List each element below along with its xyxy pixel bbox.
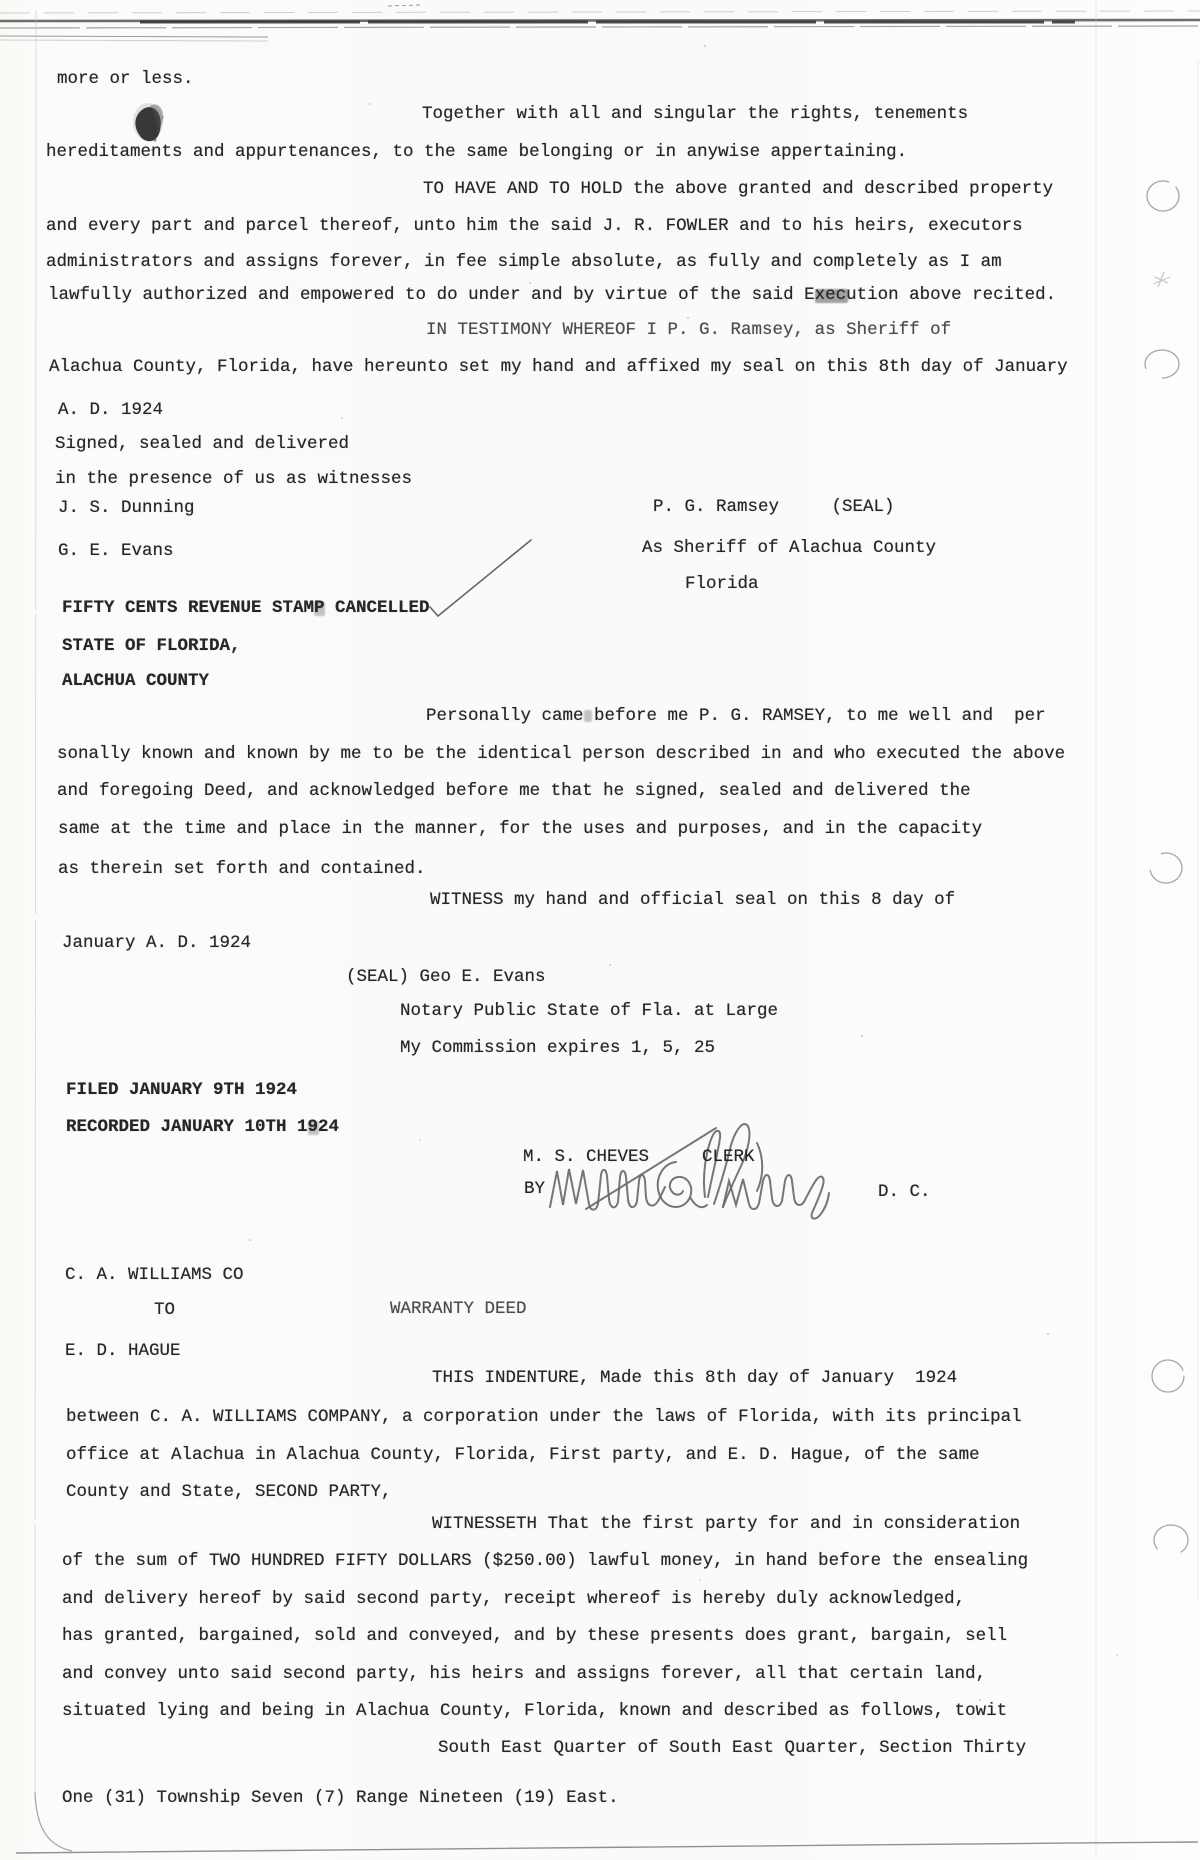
typewritten-line: Notary Public State of Fla. at Large [400,1003,778,1020]
noise-dot [529,282,531,284]
typewritten-line: Florida [685,576,759,593]
cancel-checkmark [430,540,531,616]
noise-dot [519,439,521,441]
noise-dot [687,317,689,319]
typewritten-line: administrators and assigns forever, in f… [46,254,1002,271]
hole-punch-icon [1154,1525,1188,1555]
typewritten-line: South East Quarter of South East Quarter… [438,1740,1026,1757]
hole-punch-marks [1145,181,1188,1555]
hole-punch-icon [1152,1360,1184,1392]
overtype-smudge [815,289,848,303]
noise-dot [1047,1333,1049,1335]
typewritten-line: and delivery hereof by said second party… [62,1591,965,1608]
signature-stroke [550,1169,665,1210]
typewritten-line: January A. D. 1924 [62,935,251,952]
typewritten-line: office at Alachua in Alachua County, Flo… [66,1447,980,1464]
typewritten-line: One (31) Township Seven (7) Range Ninete… [62,1790,619,1807]
typewritten-line: As Sheriff of Alachua County [642,540,936,557]
overtype-smudge [308,1121,319,1135]
typewritten-line: WITNESSETH That the first party for and … [432,1516,1020,1533]
typewritten-line: and convey unto said second party, his h… [62,1666,986,1683]
overtype-smudge [584,710,592,722]
clerk-signature [550,1124,829,1219]
noise-dot [699,1579,701,1581]
typewritten-line: lawfully authorized and empowered to do … [48,287,1056,304]
typewritten-line: has granted, bargained, sold and conveye… [62,1628,1007,1645]
typewritten-line: between C. A. WILLIAMS COMPANY, a corpor… [66,1409,1022,1426]
typewritten-line: My Commission expires 1, 5, 25 [400,1040,715,1057]
noise-dot [609,964,611,966]
typewritten-line: FILED JANUARY 9TH 1924 [66,1082,297,1099]
typewritten-line: G. E. Evans [58,543,174,560]
page-fold-lines [35,0,1198,1858]
typewritten-line: Personally came before me P. G. RAMSEY, … [426,708,1046,725]
typewritten-line: and foregoing Deed, and acknowledged bef… [57,783,971,800]
scan-artifacts-layer [0,0,1200,1860]
typewritten-line: in the presence of us as witnesses [55,471,412,488]
margin-smudge [1153,272,1170,287]
typewritten-line: J. S. Dunning [58,500,195,517]
typewritten-line: A. D. 1924 [58,402,163,419]
signature-stroke [757,1143,762,1191]
typewritten-line: THIS INDENTURE, Made this 8th day of Jan… [432,1370,957,1387]
typewritten-line: WARRANTY DEED [390,1301,527,1318]
typewritten-line: TO [154,1302,175,1319]
typewritten-line: (SEAL) Geo E. Evans [346,969,546,986]
typewritten-line: Together with all and singular the right… [422,106,968,123]
typewritten-line: STATE OF FLORIDA, [62,638,241,655]
typewritten-line: same at the time and place in the manner… [58,821,982,838]
typewritten-line: sonally known and known by me to be the … [57,746,1065,763]
typewritten-line: TO HAVE AND TO HOLD the above granted an… [423,181,1053,198]
typewritten-line: Signed, sealed and delivered [55,436,349,453]
typewritten-line: M. S. CHEVES [523,1149,649,1166]
checkmark-icon [430,540,531,616]
typewritten-line: BY [524,1181,545,1198]
signature-stroke [723,1175,829,1219]
typewritten-line: WITNESS my hand and official seal on thi… [430,892,955,909]
typewritten-line: RECORDED JANUARY 10TH 1924 [66,1119,339,1136]
scanned-deed-page: more or less.Together with all and singu… [0,0,1200,1860]
signature-stroke [586,1128,716,1209]
signature-stroke [658,1162,707,1207]
top-scan-border [0,5,1200,41]
noise-dot [1116,1654,1118,1656]
hole-punch-icon [1145,350,1179,378]
overtype-smudge [314,602,325,616]
typewritten-line: situated lying and being in Alachua Coun… [62,1703,1007,1720]
typewritten-line: and every part and parcel thereof, unto … [46,218,1023,235]
typewritten-line: E. D. HAGUE [65,1343,181,1360]
noise-dot [419,1139,421,1141]
typewritten-line: ALACHUA COUNTY [62,673,209,690]
noise-dot [861,1035,863,1037]
typewritten-line: CLERK [702,1149,755,1166]
typewritten-line: IN TESTIMONY WHEREOF I P. G. Ramsey, as … [426,322,951,339]
hole-punch-icon [1150,853,1182,883]
typewritten-line: C. A. WILLIAMS CO [65,1267,244,1284]
typewritten-line: hereditaments and appurtenances, to the … [46,144,907,161]
noise-dot [369,103,371,105]
typewritten-line: County and State, SECOND PARTY, [66,1484,392,1501]
typewritten-line: as therein set forth and contained. [58,861,426,878]
typewritten-line: more or less. [57,71,194,88]
typewritten-line: of the sum of TWO HUNDRED FIFTY DOLLARS … [62,1553,1028,1570]
typewritten-line: P. G. Ramsey (SEAL) [653,499,895,516]
typewritten-line: D. C. [878,1184,931,1201]
noise-dot [249,1239,251,1241]
typewritten-line: FIFTY CENTS REVENUE STAMP CANCELLED [62,600,430,617]
hole-punch-icon [1147,181,1179,211]
noise-dot [341,417,343,419]
typewritten-line: Alachua County, Florida, have hereunto s… [49,359,1068,376]
noise-dot [704,45,706,47]
